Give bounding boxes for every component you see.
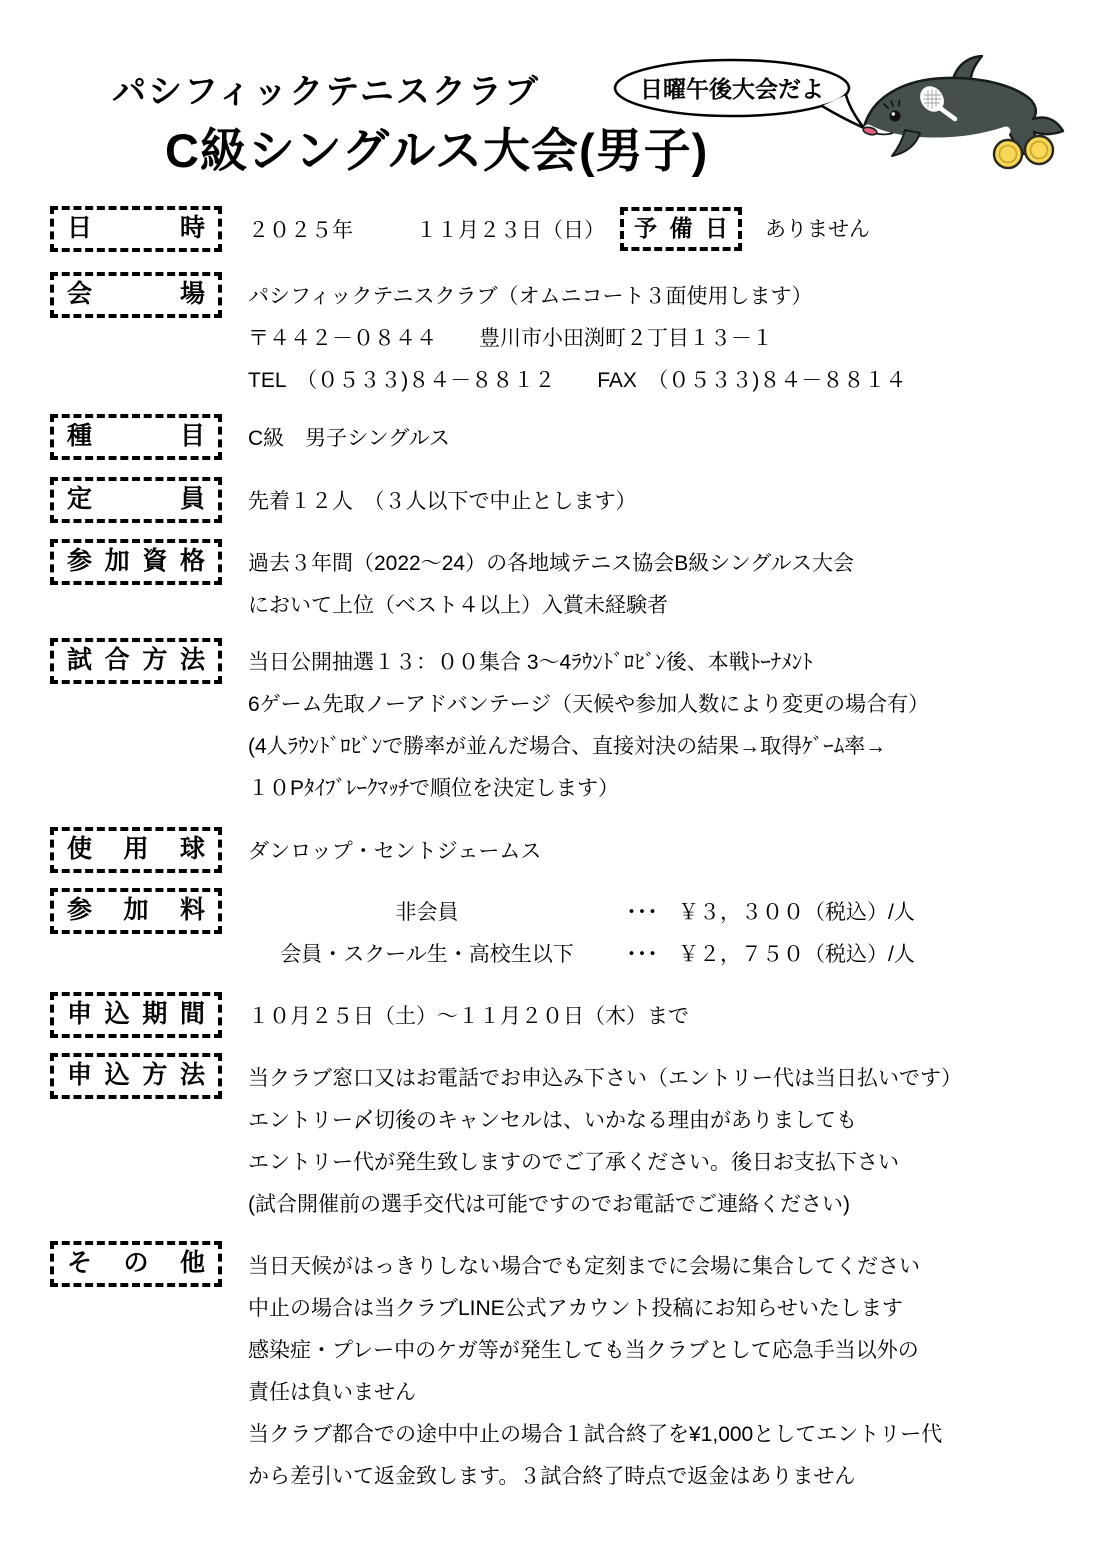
ball-content: ダンロップ・セントジェームス — [248, 831, 541, 873]
section-label-method: 申込方法 — [50, 1053, 222, 1099]
method-line: エントリー代が発生致しますのでご了承ください。後日お支払下さい — [248, 1142, 962, 1184]
other-line: 当日天候がはっきりしない場合でも定刻までに会場に集合してください — [248, 1246, 942, 1288]
tennis-ball-icon — [1025, 136, 1053, 164]
tennis-ball-icon — [994, 140, 1022, 168]
section-label-fee: 参加料 — [50, 888, 222, 934]
section-label-event: 種目 — [50, 414, 222, 460]
section-label-eligibility: 参加資格 — [50, 539, 222, 585]
method-line: (試合開催前の選手交代は可能ですのでお電話でご連絡ください) — [248, 1184, 962, 1226]
capacity-content: 先着１２人 （３人以下で中止とします） — [248, 481, 637, 523]
fee-content: 非会員 ･･･ ￥３，３００（税込）/人 会員・スクール生・高校生以下 ･･･ … — [248, 892, 915, 976]
period-content: １０月２５日（土）～１１月２０日（木）まで — [248, 996, 689, 1038]
format-content: 当日公開抽選１３：００集合 3～4ﾗｳﾝﾄﾞﾛﾋﾞﾝ後、本戦ﾄｰﾅﾒﾝﾄ 6ゲー… — [248, 642, 929, 810]
section-label-ball: 使用球 — [50, 827, 222, 873]
fee-row: 非会員 ･･･ ￥３，３００（税込）/人 — [248, 892, 915, 934]
reserve-day-label: 予備日 — [620, 207, 742, 251]
dolphin-mascot-icon — [858, 55, 1073, 177]
speech-bubble: 日曜午後大会だよ — [610, 58, 870, 132]
datetime-value: ２０２５年 １１月２３日（日） — [248, 210, 605, 252]
other-line: 当クラブ都合での途中中止の場合１試合終了を¥1,000としてエントリー代 — [248, 1414, 942, 1456]
fee-category: 会員・スクール生・高校生以下 — [248, 934, 606, 976]
other-line: 責任は負いません — [248, 1372, 942, 1414]
fee-category: 非会員 — [248, 892, 606, 934]
fee-price: ￥３，３００（税込）/人 — [678, 892, 915, 934]
eligibility-line: 過去３年間（2022～24）の各地域テニス協会B級シングルス大会 — [248, 543, 854, 585]
section-label-datetime: 日時 — [50, 206, 222, 252]
club-name-title: パシフィックテニスクラブ — [112, 64, 540, 113]
other-line: から差引いて返金致します。３試合終了時点で返金はありません — [248, 1456, 942, 1498]
venue-line: TEL （０５３３)８４－８８１２ FAX （０５３３)８４－８８１４ — [248, 360, 906, 402]
period-line: １０月２５日（土）～１１月２０日（木）まで — [248, 996, 689, 1038]
venue-line: 〒４４２－０８４４ 豊川市小田渕町２丁目１３－１ — [248, 318, 906, 360]
ball-line: ダンロップ・セントジェームス — [248, 831, 541, 873]
speech-bubble-text: 日曜午後大会だよ — [640, 76, 824, 102]
other-content: 当日天候がはっきりしない場合でも定刻までに会場に集合してください 中止の場合は当… — [248, 1246, 942, 1498]
fee-dots: ･･･ — [606, 892, 678, 934]
method-line: エントリー〆切後のキャンセルは、いかなる理由がありましても — [248, 1100, 962, 1142]
method-content: 当クラブ窓口又はお電話でお申込み下さい（エントリー代は当日払いです） エントリー… — [248, 1058, 962, 1226]
format-line: 6ゲーム先取ノーアドバンテージ（天候や参加人数により変更の場合有） — [248, 684, 929, 726]
section-label-format: 試合方法 — [50, 638, 222, 684]
other-line: 感染症・プレー中のケガ等が発生しても当クラブとして応急手当以外の — [248, 1330, 942, 1372]
fee-price: ￥２，７５０（税込）/人 — [678, 934, 915, 976]
section-label-venue: 会場 — [50, 272, 222, 318]
method-line: 当クラブ窓口又はお電話でお申込み下さい（エントリー代は当日払いです） — [248, 1058, 962, 1100]
event-content: C級 男子シングルス — [248, 418, 450, 460]
venue-content: パシフィックテニスクラブ（オムニコート３面使用します） 〒４４２－０８４４ 豊川… — [248, 276, 906, 402]
eligibility-content: 過去３年間（2022～24）の各地域テニス協会B級シングルス大会 において上位（… — [248, 543, 854, 627]
section-label-other: その他 — [50, 1241, 222, 1287]
dolphin-eye-highlight — [892, 112, 895, 115]
fee-dots: ･･･ — [606, 934, 678, 976]
reserve-day-value: ありません — [765, 208, 870, 252]
other-line: 中止の場合は当クラブLINE公式アカウント投稿にお知らせいたします — [248, 1288, 942, 1330]
dolphin-eye — [890, 111, 901, 122]
section-label-period: 申込期間 — [50, 992, 222, 1038]
section-label-capacity: 定員 — [50, 477, 222, 523]
event-line: C級 男子シングルス — [248, 418, 450, 460]
format-line: １０Pﾀｲﾌﾞﾚｰｸﾏｯﾁで順位を決定します） — [248, 768, 929, 810]
eligibility-line: において上位（ベスト４以上）入賞未経験者 — [248, 585, 854, 627]
flyer-page: パシフィックテニスクラブ C級シングルス大会(男子) 日曜午後大会だよ — [0, 0, 1100, 1550]
format-line: 当日公開抽選１３：００集合 3～4ﾗｳﾝﾄﾞﾛﾋﾞﾝ後、本戦ﾄｰﾅﾒﾝﾄ — [248, 642, 929, 684]
venue-line: パシフィックテニスクラブ（オムニコート３面使用します） — [248, 276, 906, 318]
capacity-line: 先着１２人 （３人以下で中止とします） — [248, 481, 637, 523]
format-line: (4人ﾗｳﾝﾄﾞﾛﾋﾞﾝで勝率が並んだ場合、直接対決の結果→取得ｹﾞｰﾑ率→ — [248, 726, 929, 768]
fee-row: 会員・スクール生・高校生以下 ･･･ ￥２，７５０（税込）/人 — [248, 934, 915, 976]
